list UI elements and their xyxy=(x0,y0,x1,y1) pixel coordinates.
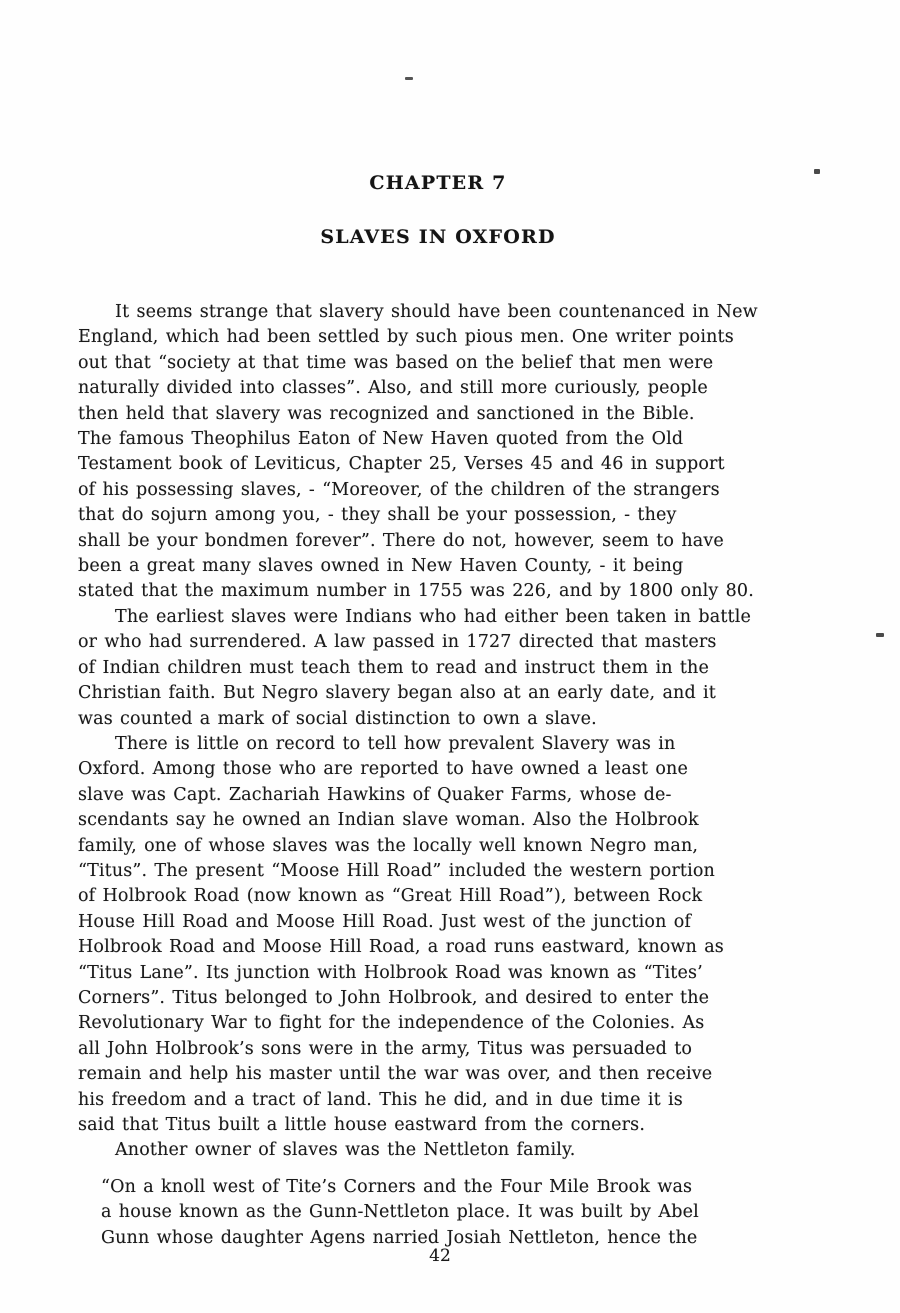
paragraph-3: There is little on record to tell how pr… xyxy=(78,732,826,1139)
paragraph-1: It seems strange that slavery should hav… xyxy=(78,300,826,605)
page-title: SLAVES IN OXFORD xyxy=(0,226,876,248)
chapter-heading: CHAPTER 7 xyxy=(0,172,876,194)
page-number: 42 xyxy=(0,1246,880,1266)
scan-artifact-dash xyxy=(876,633,884,637)
scanned-book-page: CHAPTER 7 SLAVES IN OXFORD It seems stra… xyxy=(0,0,900,1313)
paragraph-2: The earliest slaves were Indians who had… xyxy=(78,605,826,732)
body-text: It seems strange that slavery should hav… xyxy=(78,300,826,1251)
scan-artifact-mark xyxy=(405,77,413,80)
scan-artifact-speck xyxy=(814,169,820,174)
blockquote: “On a knoll west of Tite’s Corners and t… xyxy=(101,1175,826,1251)
paragraph-4: Another owner of slaves was the Nettleto… xyxy=(78,1138,826,1163)
